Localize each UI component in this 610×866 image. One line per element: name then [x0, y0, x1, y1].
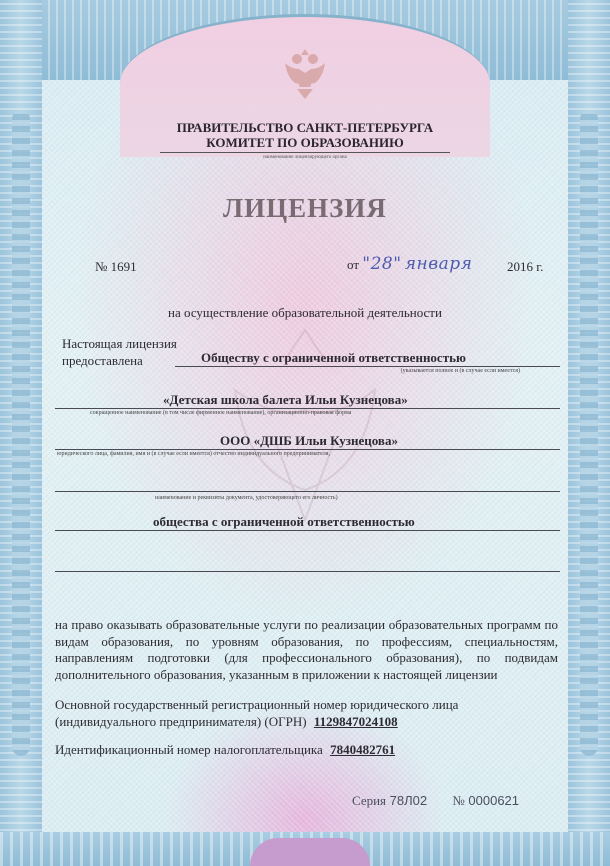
field-organization-name: «Детская школа балета Ильи Кузнецова» со… [55, 392, 560, 417]
document-title: ЛИЦЕНЗИЯ [0, 193, 610, 224]
inn-block: Идентификационный номер налогоплательщик… [55, 742, 395, 758]
blank-series: Серия 78Л02 № 0000621 [352, 793, 519, 809]
license-number: № 1691 [95, 259, 137, 275]
field-value [55, 475, 560, 491]
serial-value: 0000621 [468, 793, 519, 808]
field-value: ООО «ДШБ Ильи Кузнецова» [55, 433, 560, 449]
date-day-handwritten: "28" [362, 254, 401, 274]
field-caption: наименование и реквизиты документа, удос… [55, 494, 560, 502]
granted-label-line-1: Настоящая лицензия [62, 335, 177, 352]
date-year: 2016 г. [507, 259, 543, 275]
field-value: Обществу с ограниченной ответственностью [175, 350, 560, 366]
field-caption: юридического лица, фамилия, имя и (в слу… [55, 450, 560, 458]
license-date: от "28" января 2016 г. [347, 254, 472, 274]
field-value: общества с ограниченной ответственностью [55, 514, 560, 530]
granted-label: Настоящая лицензия предоставлена [62, 335, 177, 369]
field-value [55, 555, 560, 571]
field-full-name: Обществу с ограниченной ответственностью… [175, 350, 560, 375]
series-value: 78Л02 [390, 793, 427, 808]
inn-label: Идентификационный номер налогоплательщик… [55, 742, 323, 757]
ogrn-label-line-1: Основной государственный регистрационный… [55, 697, 458, 714]
field-legal-form: общества с ограниченной ответственностью [55, 514, 560, 531]
inn-value: 7840482761 [330, 742, 395, 757]
series-label: Серия [352, 793, 386, 808]
authority-line-2: КОМИТЕТ ПО ОБРАЗОВАНИЮ [0, 135, 610, 150]
ogrn-value: 1129847024108 [314, 714, 398, 729]
ogrn-block: Основной государственный регистрационный… [55, 697, 458, 730]
field-identity-document: наименование и реквизиты документа, удос… [55, 475, 560, 502]
field-caption: сокращенное наименование (в том числе фи… [55, 409, 560, 417]
field-underline [55, 571, 560, 572]
granted-label-line-2: предоставлена [62, 352, 177, 369]
license-document: ПРАВИТЕЛЬСТВО САНКТ-ПЕТЕРБУРГА КОМИТЕТ П… [0, 0, 610, 866]
authority-underline [160, 152, 450, 153]
field-blank [55, 555, 560, 572]
licensing-authority: ПРАВИТЕЛЬСТВО САНКТ-ПЕТЕРБУРГА КОМИТЕТ П… [0, 120, 610, 150]
date-month-handwritten: января [405, 254, 473, 274]
authority-line-1: ПРАВИТЕЛЬСТВО САНКТ-ПЕТЕРБУРГА [0, 120, 610, 135]
field-value: «Детская школа балета Ильи Кузнецова» [55, 392, 560, 408]
authority-caption: наименование лицензирующего органа [0, 155, 610, 160]
field-caption: (указывается полное и (в случае если име… [175, 367, 560, 375]
license-purpose: на осуществление образовательной деятель… [0, 305, 610, 321]
rights-text: на право оказывать образовательные услуг… [55, 617, 558, 683]
field-underline [55, 491, 560, 492]
ogrn-label-line-2: (индивидуального предпринимателя) (ОГРН) [55, 714, 307, 729]
serial-prefix: № [452, 793, 464, 808]
field-short-name: ООО «ДШБ Ильи Кузнецова» юридического ли… [55, 433, 560, 458]
date-prefix: от [347, 257, 359, 272]
field-underline [55, 530, 560, 531]
